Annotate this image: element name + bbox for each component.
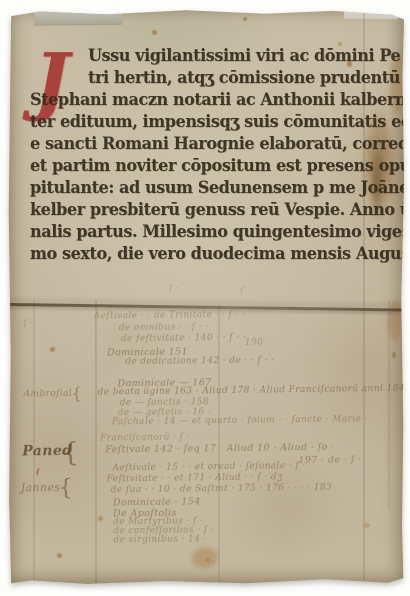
handwritten-annotations: · ſ · ſ Aeſtivale · · de Trinitate · · ſ… <box>0 0 410 596</box>
margin-brace: { <box>59 476 73 501</box>
margin-label-jannes: Jannes <box>21 481 61 494</box>
annotation-line: ſ <box>240 286 243 295</box>
margin-brace: { <box>62 438 79 468</box>
annotation-line: de virginibus · 14 · <box>113 534 207 545</box>
annotation-line: Feſtivale 142 · ſeq 17 · Aliud 10 · Aliu… <box>105 442 334 456</box>
annotation-line: Dominicale · 154 <box>113 496 201 508</box>
annotation-line: de ſua · · 10 · de Saſtmt · 175 · 176 · … <box>111 483 333 496</box>
annotation-line: · ſ · <box>163 284 178 293</box>
margin-label-ambrosial: Ambroſial <box>24 389 73 400</box>
annotation-line: de omnibus · · ſ · · <box>119 322 209 333</box>
annotation-line: ſ · <box>24 318 33 327</box>
annotation-line: 190 <box>245 338 264 348</box>
annotation-line: de dedicatione 142 · de · · ſ · · <box>125 355 274 367</box>
manuscript-photo: J Ussu vigilantissimi viri ac dōmini Pe … <box>0 0 410 596</box>
annotation-line: Paſchale · 14 — et quarto · ſolum · · ſa… <box>112 414 368 427</box>
margin-brace: { <box>71 384 81 403</box>
annotation-line: Franciſcanorū · ſ · <box>100 432 190 443</box>
annotation-line: de feſtivitate · 140 · · ſ · · <box>121 333 246 345</box>
red-ink-mark <box>36 468 45 477</box>
annotation-line: 197 · de · ſ · <box>298 454 361 466</box>
annotation-line: Aeſtivale · · de Trinitate · · ſ · · <box>94 310 246 322</box>
